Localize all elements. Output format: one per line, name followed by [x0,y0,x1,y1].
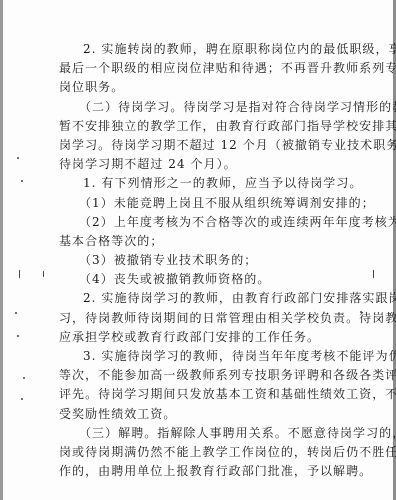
text-line: 等次，不能参加高一级教师系列专技职务评聘和各级各类评优 [59,366,343,385]
text-line: 2. 实施转岗的教师，聘在原职称岗位内的最低职级，享受 [59,40,343,59]
scan-speck [23,377,25,379]
scan-speck [21,180,23,182]
scan-speck [43,271,44,277]
text-line: 岗学习。待岗学习期不超过 12 个月（被撤销专业技术职务的 [59,136,343,155]
scan-speck [373,270,374,278]
list-item-line: （1）未能竞聘上岗且不服从组织统筹调剂安排的； [59,194,343,213]
scan-speck [17,335,19,337]
text-line: 受奖励性绩效工资。 [59,405,343,424]
scan-speck [17,157,19,159]
text-line: 最后一个职级的相应岗位津贴和待遇；不再晋升教师系列专技 [59,59,343,78]
scan-speck [19,270,20,278]
list-item-line: （3）被撤销专业技术职务的； [59,251,343,270]
text-line: 作的，由聘用单位上报教育行政部门批准，予以解聘。 [59,462,343,481]
list-item-line: （4）丧失或被撤销教师资格的。 [59,270,343,289]
text-line: 待岗学习期不超过 24 个月）。 [59,155,343,174]
text-line: 3. 实施待岗学习的教师，待岗当年年度考核不能评为优秀 [59,347,343,366]
text-line: 评先。待岗学习期间只发放基本工资和基础性绩效工资，不享 [59,385,343,404]
text-line: 1. 有下列情形之一的教师，应当予以待岗学习。 [59,174,343,193]
list-item-line: （2）上年度考核为不合格等次的或连续两年年度考核为 [59,213,343,232]
section-heading-line: （二）待岗学习。待岗学习是指对符合待岗学习情形的教师 [59,98,343,117]
document-page: 2. 实施转岗的教师，聘在原职称岗位内的最低职级，享受 最后一个职级的相应岗位津… [0,0,396,500]
scan-speck [21,398,23,400]
scan-speck [360,311,362,313]
text-line: 暂不安排独立的教学工作，由教育行政部门指导学校安排其跟 [59,117,343,136]
section-heading-line: （三）解聘。指解除人事聘用关系。不愿意待岗学习的，转 [59,424,343,443]
text-line: 应承担学校或教育行政部门安排的工作任务。 [59,328,343,347]
document-body: 2. 实施转岗的教师，聘在原职称岗位内的最低职级，享受 最后一个职级的相应岗位津… [59,40,343,481]
text-line: 2. 实施待岗学习的教师，由教育行政部门安排落实跟岗学 [59,289,343,308]
text-line: 基本合格等次的； [59,232,343,251]
scan-speck [15,312,17,314]
text-line: 岗位职务。 [59,78,343,97]
text-line: 习，待岗教师待岗期间的日常管理由相关学校负责。待岗教师 [59,309,343,328]
text-line: 岗或待岗期满仍然不能上教学工作岗位的，转岗后仍不胜任工 [59,443,343,462]
